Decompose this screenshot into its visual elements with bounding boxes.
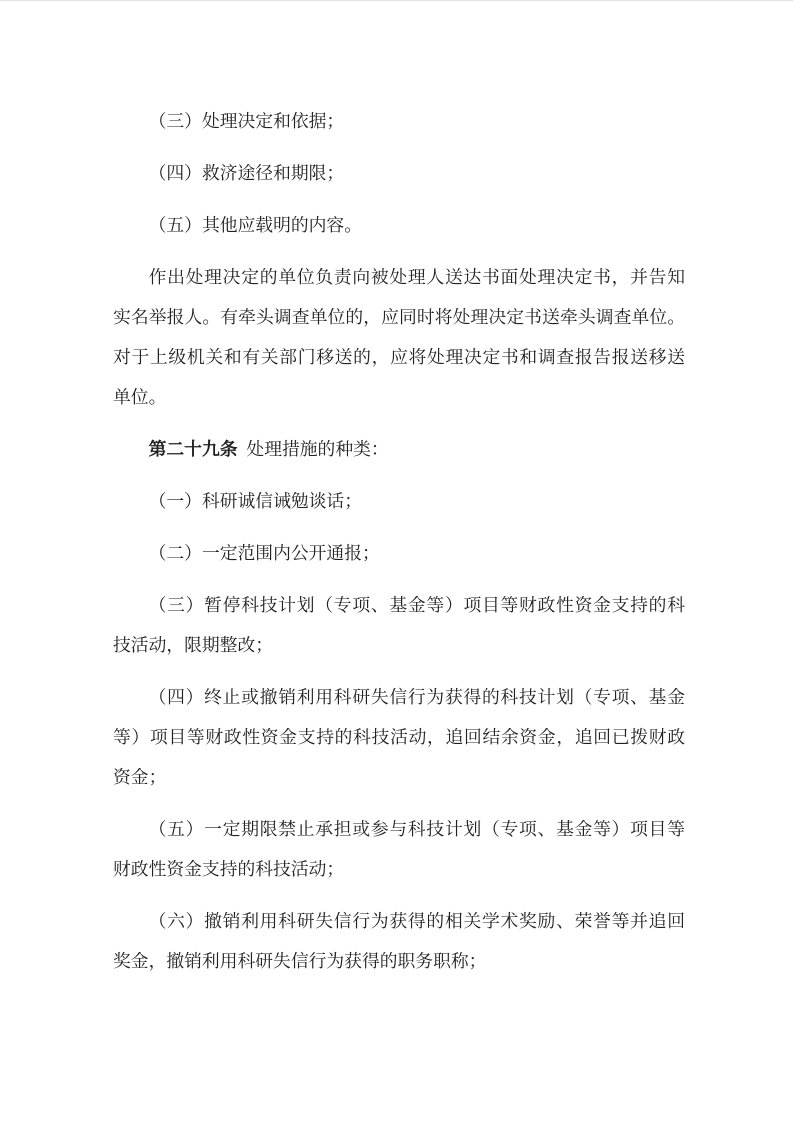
article-title: 处理措施的种类： [246, 439, 388, 459]
measure-item-5-prohibition-period: （五）一定期限禁止承担或参与科技计划（专项、基金等）项目等 财政性资金支持的科技… [113, 809, 685, 889]
document-content: （三）处理决定和依据； （四）救济途径和期限； （五）其他应载明的内容。 作出处… [113, 101, 685, 993]
text-line: （六）撤销利用科研失信行为获得的相关学术奖励、荣誉等并追回 [113, 901, 685, 941]
measure-item-6-revoke-awards-titles: （六）撤销利用科研失信行为获得的相关学术奖励、荣誉等并追回 奖金，撤销利用科研失… [113, 901, 685, 981]
text-line: （五）一定期限禁止承担或参与科技计划（专项、基金等）项目等 [113, 809, 685, 849]
measure-item-4-terminate-recover-funds: （四）终止或撤销利用科研失信行为获得的科技计划（专项、基金 等）项目等财政性资金… [113, 677, 685, 797]
text-line: 作出处理决定的单位负责向被处理人送达书面处理决定书，并告知 [113, 257, 685, 297]
text-line: （一）科研诚信诫勉谈话； [113, 481, 685, 521]
body-paragraph-delivery: 作出处理决定的单位负责向被处理人送达书面处理决定书，并告知 实名举报人。有牵头调… [113, 257, 685, 417]
text-line: （五）其他应载明的内容。 [113, 205, 685, 245]
list-item-5-other-content: （五）其他应载明的内容。 [113, 205, 685, 245]
text-line: 第二十九条处理措施的种类： [113, 429, 685, 469]
article-29-heading: 第二十九条处理措施的种类： [113, 429, 685, 469]
text-line: 对于上级机关和有关部门移送的，应将处理决定书和调查报告报送移送 [113, 337, 685, 377]
text-line: 单位。 [113, 377, 685, 417]
text-line: （二）一定范围内公开通报； [113, 533, 685, 573]
text-line: （四）终止或撤销利用科研失信行为获得的科技计划（专项、基金 [113, 677, 685, 717]
list-item-4-remedy-deadline: （四）救济途径和期限； [113, 153, 685, 193]
list-item-3-decision-basis: （三）处理决定和依据； [113, 101, 685, 141]
text-line: （三）暂停科技计划（专项、基金等）项目等财政性资金支持的科 [113, 585, 685, 625]
text-line: 技活动，限期整改； [113, 625, 685, 665]
document-page: （三）处理决定和依据； （四）救济途径和期限； （五）其他应载明的内容。 作出处… [0, 0, 793, 1122]
measure-item-2-public-notice: （二）一定范围内公开通报； [113, 533, 685, 573]
text-line: （三）处理决定和依据； [113, 101, 685, 141]
article-number: 第二十九条 [149, 439, 238, 459]
text-line: 资金； [113, 757, 685, 797]
text-line: 财政性资金支持的科技活动； [113, 849, 685, 889]
text-line: 实名举报人。有牵头调查单位的，应同时将处理决定书送牵头调查单位。 [113, 297, 685, 337]
text-line: （四）救济途径和期限； [113, 153, 685, 193]
text-line: 等）项目等财政性资金支持的科技活动，追回结余资金，追回已拨财政 [113, 717, 685, 757]
measure-item-1-admonishment: （一）科研诚信诫勉谈话； [113, 481, 685, 521]
measure-item-3-suspend-programs: （三）暂停科技计划（专项、基金等）项目等财政性资金支持的科 技活动，限期整改； [113, 585, 685, 665]
text-line: 奖金，撤销利用科研失信行为获得的职务职称； [113, 941, 685, 981]
